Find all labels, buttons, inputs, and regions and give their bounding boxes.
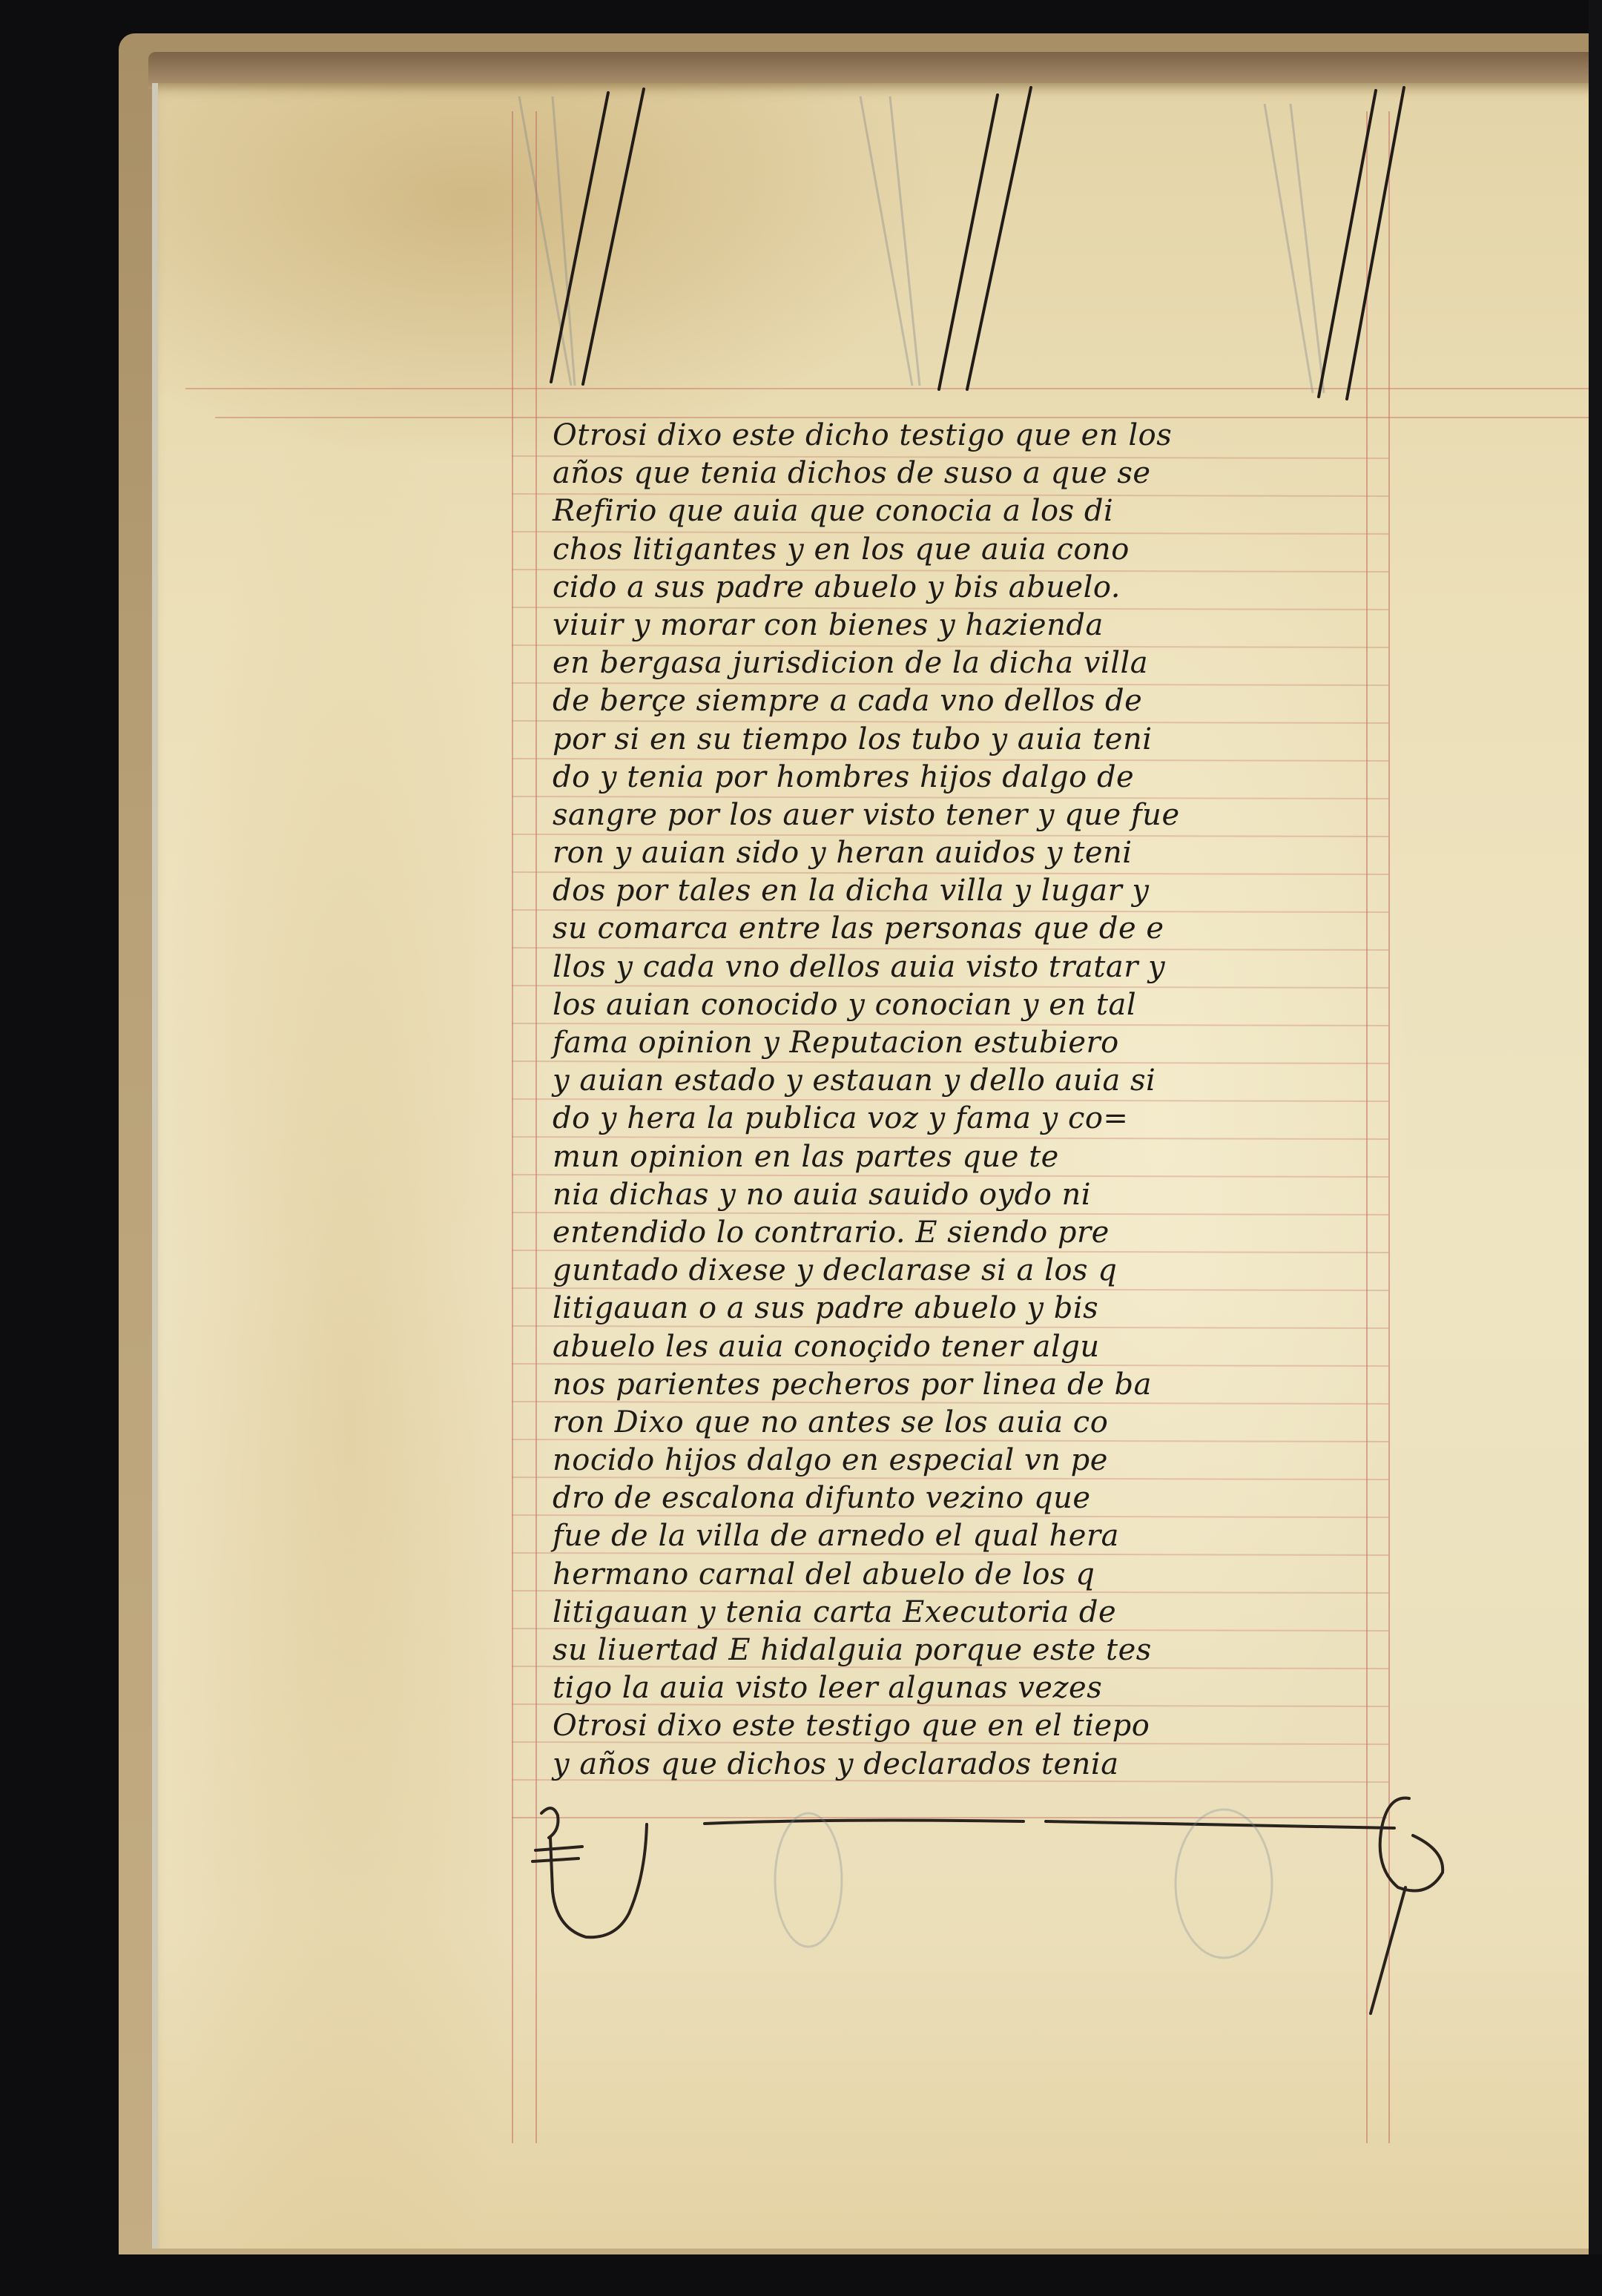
background-bottom-edge — [0, 2254, 1602, 2296]
line-filler-stroke — [705, 1821, 1394, 1828]
right-rubric-flourish — [1371, 1798, 1443, 2013]
background-right-edge — [1589, 0, 1602, 2296]
bottom-rubrics — [0, 0, 1602, 2296]
left-rubric-flourish — [541, 1808, 558, 1838]
